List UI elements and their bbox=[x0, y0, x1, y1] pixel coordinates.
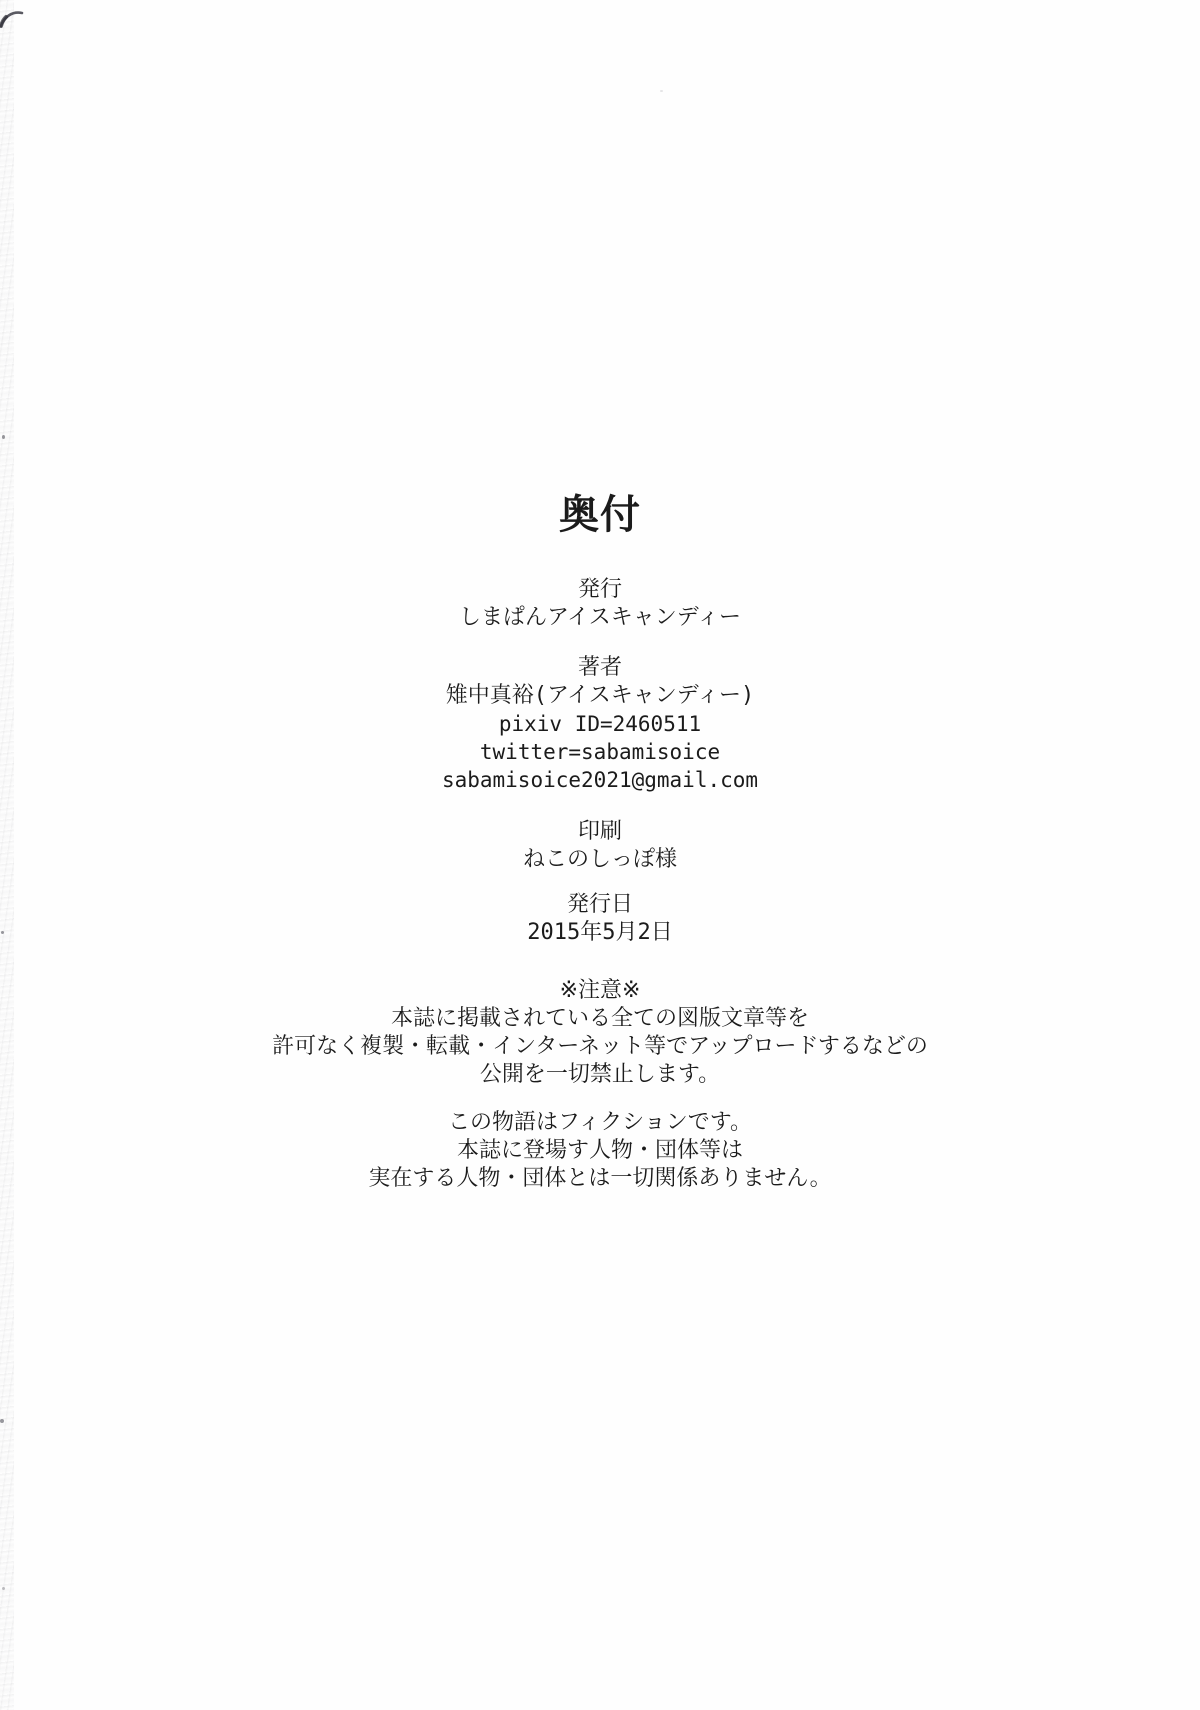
section-publication-date: 発行日 2015年5月2日 bbox=[0, 891, 1200, 947]
page-title: 奥付 bbox=[0, 492, 1200, 538]
author-twitter: twitter=sabamisoice bbox=[0, 738, 1200, 766]
disclaimer-line: この物語はフィクションです。 bbox=[0, 1109, 1200, 1137]
scan-speck bbox=[660, 90, 663, 92]
section-label: 発行 bbox=[0, 576, 1200, 604]
colophon-page: 奥付 発行 しまぱんアイスキャンディー 著者 雉中真裕(アイスキャンディー) p… bbox=[0, 0, 1200, 1710]
publisher-name: しまぱんアイスキャンディー bbox=[0, 604, 1200, 632]
author-email: sabamisoice2021@gmail.com bbox=[0, 766, 1200, 794]
scan-speck bbox=[2, 1587, 5, 1590]
disclaimer-line: 本誌に登場す人物・団体等は bbox=[0, 1137, 1200, 1165]
notice-line: 公開を一切禁止します。 bbox=[0, 1061, 1200, 1089]
section-fiction-disclaimer: この物語はフィクションです。 本誌に登場す人物・団体等は 実在する人物・団体とは… bbox=[0, 1109, 1200, 1193]
section-label: ※注意※ bbox=[0, 977, 1200, 1005]
section-label: 発行日 bbox=[0, 891, 1200, 919]
section-copyright-notice: ※注意※ 本誌に掲載されている全ての図版文章等を 許可なく複製・転載・インターネ… bbox=[0, 977, 1200, 1089]
printer-name: ねこのしっぽ様 bbox=[0, 846, 1200, 874]
notice-line: 本誌に掲載されている全ての図版文章等を bbox=[0, 1005, 1200, 1033]
section-label: 印刷 bbox=[0, 818, 1200, 846]
section-label: 著者 bbox=[0, 654, 1200, 682]
author-pixiv-id: pixiv ID=2460511 bbox=[0, 710, 1200, 738]
publication-date: 2015年5月2日 bbox=[0, 919, 1200, 947]
scan-speck bbox=[0, 1419, 4, 1423]
author-name: 雉中真裕(アイスキャンディー) bbox=[0, 682, 1200, 710]
disclaimer-line: 実在する人物・団体とは一切関係ありません。 bbox=[0, 1165, 1200, 1193]
notice-line: 許可なく複製・転載・インターネット等でアップロードするなどの bbox=[0, 1033, 1200, 1061]
scan-speck bbox=[2, 435, 5, 439]
section-author: 著者 雉中真裕(アイスキャンディー) pixiv ID=2460511 twit… bbox=[0, 654, 1200, 794]
scan-mark-top-left bbox=[0, 4, 34, 38]
section-publisher: 発行 しまぱんアイスキャンディー bbox=[0, 576, 1200, 632]
section-printing: 印刷 ねこのしっぽ様 bbox=[0, 818, 1200, 874]
